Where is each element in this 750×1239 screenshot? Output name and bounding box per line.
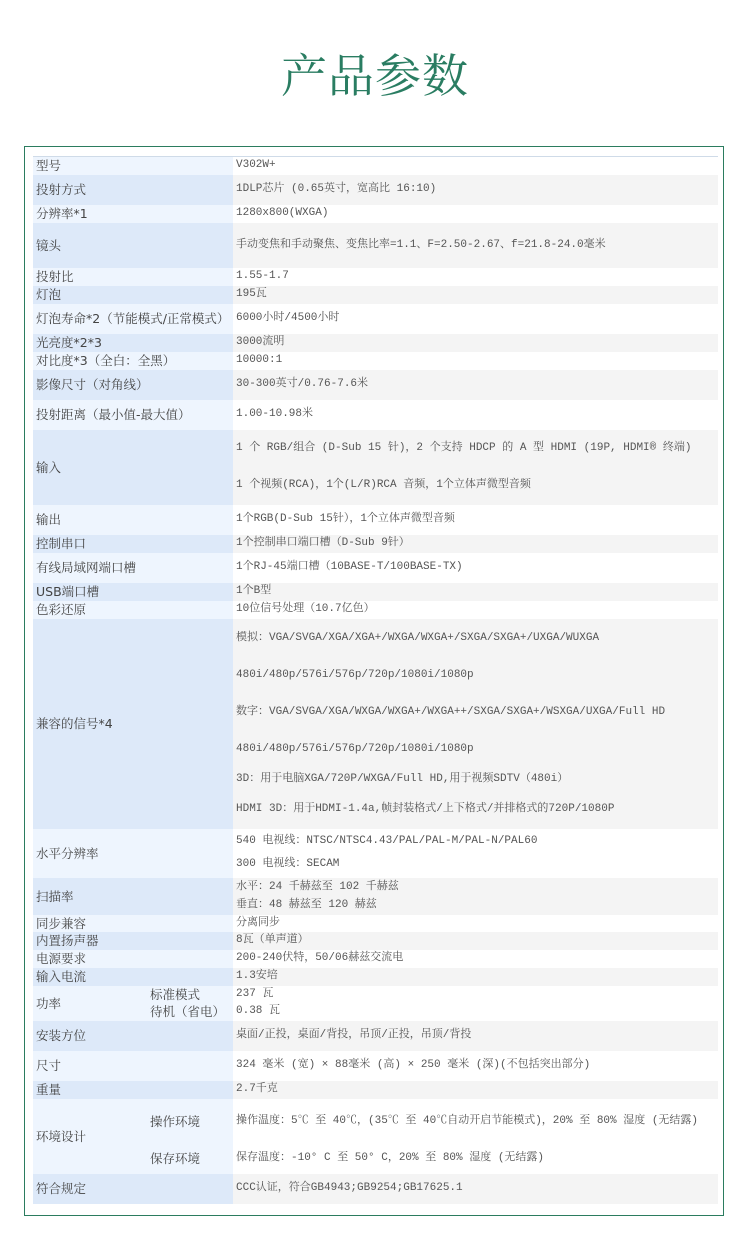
spec-label: 镜头 — [33, 223, 233, 268]
spec-value: 桌面/正投，桌面/背投，吊顶/正投，吊顶/背投 — [233, 1021, 718, 1051]
spec-row-mounting: 安装方位 桌面/正投，桌面/背投，吊顶/正投，吊顶/背投 — [33, 1021, 718, 1051]
spec-row-input: 输入 1 个 RGB/组合 (D-Sub 15 针)，2 个支持 HDCP 的 … — [33, 430, 718, 505]
spec-value: 8瓦（单声道） — [233, 932, 718, 950]
spec-row-compliance: 符合规定 CCC认证，符合GB4943;GB9254;GB17625.1 — [33, 1174, 718, 1204]
spec-value: 保存温度：-10° C 至 50° C，20% 至 80% 湿度 (无结露) — [233, 1144, 718, 1174]
spec-label: 扫描率 — [33, 878, 233, 915]
spec-row-dimensions: 尺寸 324 毫米 (宽) × 88毫米 (高) × 250 毫米 (深)(不包… — [33, 1051, 718, 1081]
spec-label: 投射方式 — [33, 175, 233, 205]
spec-value: 540 电视线：NTSC/NTSC4.43/PAL/PAL-M/PAL-N/PA… — [233, 829, 718, 878]
spec-row-horizontal-resolution: 水平分辨率 540 电视线：NTSC/NTSC4.43/PAL/PAL-M/PA… — [33, 829, 718, 878]
spec-row-projection-method: 投射方式 1DLP芯片 (0.65英寸，宽高比 16:10) — [33, 175, 718, 205]
spec-row-output: 输出 1个RGB(D-Sub 15针），1个立体声微型音频 — [33, 505, 718, 535]
spec-row-throw-distance: 投射距离（最小值-最大值） 1.00-10.98米 — [33, 400, 718, 430]
spec-label: 内置扬声器 — [33, 932, 233, 950]
spec-label: 投射距离（最小值-最大值） — [33, 400, 233, 430]
spec-value-line: 模拟：VGA/SVGA/XGA/XGA+/WXGA/WXGA+/SXGA/SXG… — [236, 631, 718, 646]
spec-value: 10000:1 — [233, 352, 718, 370]
spec-label: 色彩还原 — [33, 601, 233, 619]
spec-value: 3000流明 — [233, 334, 718, 352]
spec-value: 237 瓦 — [233, 986, 718, 1003]
spec-value-line: 水平：24 千赫兹至 102 千赫兹 — [236, 880, 718, 895]
spec-row-scan-rate: 扫描率 水平：24 千赫兹至 102 千赫兹 垂直：48 赫兹至 120 赫兹 — [33, 878, 718, 915]
spec-label: 环境设计 — [33, 1099, 147, 1174]
spec-row-sync: 同步兼容 分离同步 — [33, 915, 718, 932]
spec-row-lan: 有线局域网端口槽 1个RJ-45端口槽（10BASE-T/100BASE-TX) — [33, 553, 718, 583]
spec-label: USB端口槽 — [33, 583, 233, 601]
spec-label: 输入 — [33, 430, 233, 505]
spec-value: 1DLP芯片 (0.65英寸，宽高比 16:10) — [233, 175, 718, 205]
spec-sublabel: 标准模式 — [147, 986, 233, 1003]
spec-value: 1 个 RGB/组合 (D-Sub 15 针)，2 个支持 HDCP 的 A 型… — [233, 430, 718, 505]
spec-row-power-standard: 功率 标准模式 237 瓦 — [33, 986, 718, 1003]
spec-value: 1个RJ-45端口槽（10BASE-T/100BASE-TX) — [233, 553, 718, 583]
spec-row-lamp: 灯泡 195瓦 — [33, 286, 718, 304]
spec-value: 2.7千克 — [233, 1081, 718, 1099]
spec-label: 安装方位 — [33, 1021, 233, 1051]
spec-label: 同步兼容 — [33, 915, 233, 932]
page-title: 产品参数 — [0, 46, 750, 106]
spec-value: 1.55-1.7 — [233, 268, 718, 286]
spec-row-contrast: 对比度*3（全白：全黑） 10000:1 — [33, 352, 718, 370]
spec-table: 型号 V302W+ 投射方式 1DLP芯片 (0.65英寸，宽高比 16:10)… — [33, 156, 718, 1204]
spec-row-usb: USB端口槽 1个B型 — [33, 583, 718, 601]
spec-value-line: 1 个视频(RCA)，1个(L/R)RCA 音频，1个立体声微型音频 — [236, 478, 718, 493]
spec-label: 兼容的信号*4 — [33, 619, 233, 829]
spec-value-line: 数字：VGA/SVGA/XGA/WXGA/WXGA+/WXGA++/SXGA/S… — [236, 705, 718, 720]
spec-label: 型号 — [33, 157, 233, 175]
spec-value: 1.3安培 — [233, 968, 718, 986]
spec-label: 电源要求 — [33, 950, 233, 968]
spec-row-power-requirement: 电源要求 200-240伏特，50/06赫兹交流电 — [33, 950, 718, 968]
spec-row-brightness: 光亮度*2*3 3000流明 — [33, 334, 718, 352]
spec-label: 输出 — [33, 505, 233, 535]
spec-row-throw-ratio: 投射比 1.55-1.7 — [33, 268, 718, 286]
spec-label: 符合规定 — [33, 1174, 233, 1204]
spec-label: 有线局域网端口槽 — [33, 553, 233, 583]
spec-row-weight: 重量 2.7千克 — [33, 1081, 718, 1099]
spec-value: 模拟：VGA/SVGA/XGA/XGA+/WXGA/WXGA+/SXGA/SXG… — [233, 619, 718, 829]
spec-row-lamp-life: 灯泡寿命*2（节能模式/正常模式） 6000小时/4500小时 — [33, 304, 718, 334]
spec-value-line: 1 个 RGB/组合 (D-Sub 15 针)，2 个支持 HDCP 的 A 型… — [236, 441, 718, 456]
spec-label: 灯泡寿命*2（节能模式/正常模式） — [33, 304, 233, 334]
spec-value-line: 480i/480p/576i/576p/720p/1080i/1080p — [236, 742, 718, 757]
spec-value-line: 300 电视线：SECAM — [236, 857, 718, 872]
spec-label: 投射比 — [33, 268, 233, 286]
spec-row-model: 型号 V302W+ — [33, 157, 718, 175]
spec-row-resolution: 分辨率*1 1280x800(WXGA) — [33, 205, 718, 223]
spec-label: 尺寸 — [33, 1051, 233, 1081]
spec-sublabel: 保存环境 — [147, 1144, 233, 1174]
spec-row-color: 色彩还原 10位信号处理（10.7亿色） — [33, 601, 718, 619]
spec-value: 操作温度：5℃ 至 40℃，(35℃ 至 40℃自动开启节能模式)，20% 至 … — [233, 1099, 718, 1144]
spec-label: 分辨率*1 — [33, 205, 233, 223]
spec-row-image-size: 影像尺寸（对角线） 30-300英寸/0.76-7.6米 — [33, 370, 718, 400]
spec-value-line: HDMI 3D：用于HDMI-1.4a,帧封装格式/上下格式/并排格式的720P… — [236, 802, 718, 817]
spec-value-line: 540 电视线：NTSC/NTSC4.43/PAL/PAL-M/PAL-N/PA… — [236, 834, 718, 849]
spec-value-line: 3D：用于电脑XGA/720P/WXGA/Full HD,用于视频SDTV（48… — [236, 772, 718, 787]
spec-value: V302W+ — [233, 157, 718, 175]
spec-sublabel: 待机（省电） — [147, 1003, 233, 1021]
spec-label: 对比度*3（全白：全黑） — [33, 352, 233, 370]
spec-row-environment-operating: 环境设计 操作环境 操作温度：5℃ 至 40℃，(35℃ 至 40℃自动开启节能… — [33, 1099, 718, 1144]
spec-sublabel: 操作环境 — [147, 1099, 233, 1144]
spec-value-line: 480i/480p/576i/576p/720p/1080i/1080p — [236, 668, 718, 683]
spec-label: 控制串口 — [33, 535, 233, 553]
spec-label: 光亮度*2*3 — [33, 334, 233, 352]
spec-value: 手动变焦和手动聚焦、变焦比率=1.1、F=2.50-2.67、f=21.8-24… — [233, 223, 718, 268]
spec-value: 1个B型 — [233, 583, 718, 601]
spec-value: 1.00-10.98米 — [233, 400, 718, 430]
spec-value: 10位信号处理（10.7亿色） — [233, 601, 718, 619]
spec-value: CCC认证，符合GB4943;GB9254;GB17625.1 — [233, 1174, 718, 1204]
spec-row-compatible-signals: 兼容的信号*4 模拟：VGA/SVGA/XGA/XGA+/WXGA/WXGA+/… — [33, 619, 718, 829]
spec-row-speaker: 内置扬声器 8瓦（单声道） — [33, 932, 718, 950]
spec-value: 200-240伏特，50/06赫兹交流电 — [233, 950, 718, 968]
spec-label: 重量 — [33, 1081, 233, 1099]
spec-value: 324 毫米 (宽) × 88毫米 (高) × 250 毫米 (深)(不包括突出… — [233, 1051, 718, 1081]
spec-row-input-current: 输入电流 1.3安培 — [33, 968, 718, 986]
spec-label: 输入电流 — [33, 968, 233, 986]
spec-label: 功率 — [33, 986, 147, 1021]
spec-value: 分离同步 — [233, 915, 718, 932]
spec-value: 195瓦 — [233, 286, 718, 304]
spec-value: 1个RGB(D-Sub 15针），1个立体声微型音频 — [233, 505, 718, 535]
spec-row-lens: 镜头 手动变焦和手动聚焦、变焦比率=1.1、F=2.50-2.67、f=21.8… — [33, 223, 718, 268]
spec-value: 6000小时/4500小时 — [233, 304, 718, 334]
spec-value-line: 垂直：48 赫兹至 120 赫兹 — [236, 898, 718, 913]
spec-value: 1个控制串口端口槽（D-Sub 9针） — [233, 535, 718, 553]
spec-label: 水平分辨率 — [33, 829, 233, 878]
spec-label: 灯泡 — [33, 286, 233, 304]
spec-value: 1280x800(WXGA) — [233, 205, 718, 223]
spec-value: 水平：24 千赫兹至 102 千赫兹 垂直：48 赫兹至 120 赫兹 — [233, 878, 718, 915]
spec-row-serial: 控制串口 1个控制串口端口槽（D-Sub 9针） — [33, 535, 718, 553]
spec-value: 0.38 瓦 — [233, 1003, 718, 1021]
spec-label: 影像尺寸（对角线） — [33, 370, 233, 400]
spec-value: 30-300英寸/0.76-7.6米 — [233, 370, 718, 400]
